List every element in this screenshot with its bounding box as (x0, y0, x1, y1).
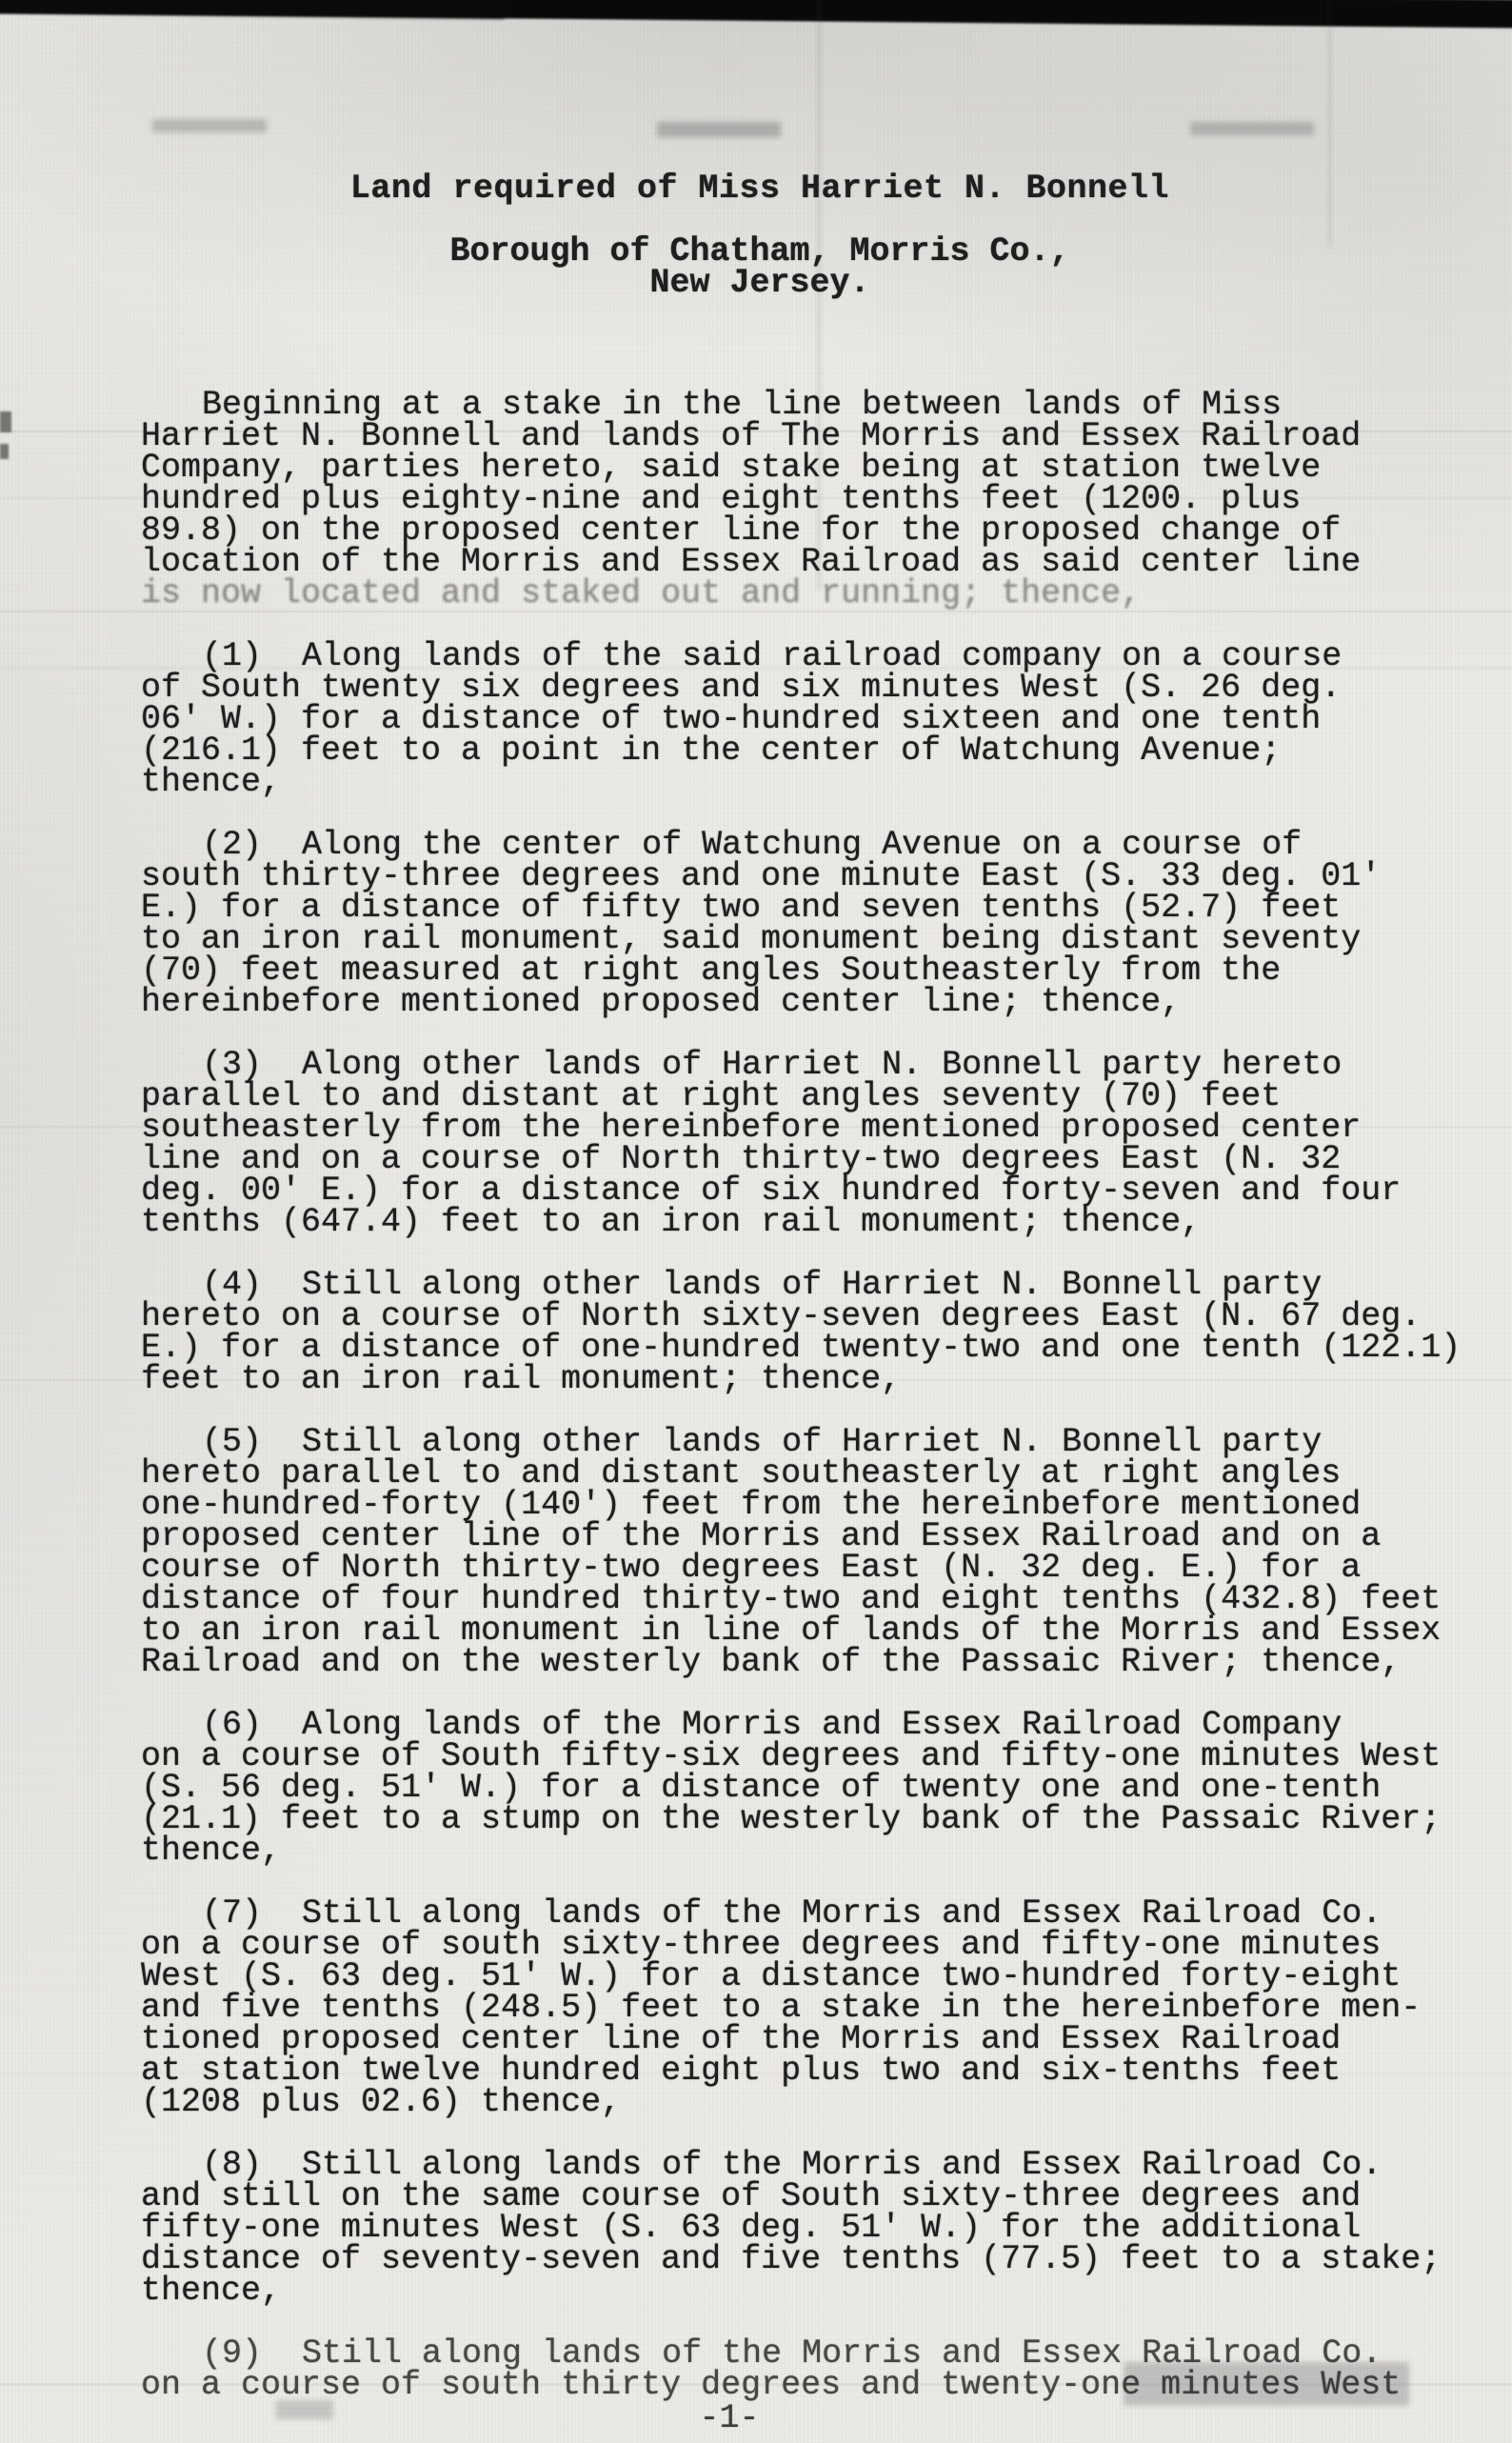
scan-edge-mark (0, 411, 11, 432)
paragraph-course-6: (6) Along lands of the Morris and Essex … (141, 1710, 1499, 1867)
paragraph-line: (21.1) feet to a stump on the westerly b… (141, 1804, 1499, 1835)
document-body: Land required of Miss Harriet N. Bonnell… (141, 173, 1499, 2434)
paragraph-line: Railroad and on the westerly bank of the… (141, 1647, 1499, 1678)
scanned-document-page: Land required of Miss Harriet N. Bonnell… (0, 0, 1512, 2443)
pencil-smudge (657, 122, 781, 137)
document-title: Land required of Miss Harriet N. Bonnell (141, 173, 1379, 205)
subtitle-state: New Jersey. (141, 268, 1379, 299)
paragraph-course-8: (8) Still along lands of the Morris and … (141, 2150, 1499, 2307)
scan-edge-mark (0, 444, 9, 459)
paragraph-course-1: (1) Along lands of the said railroad com… (141, 641, 1499, 798)
pencil-smudge (152, 119, 267, 132)
paragraph-course-5: (5) Still along other lands of Harriet N… (141, 1427, 1499, 1678)
pencil-smudge (1190, 122, 1314, 135)
paragraph-course-4: (4) Still along other lands of Harriet N… (141, 1270, 1499, 1395)
paragraph-course-7: (7) Still along lands of the Morris and … (141, 1898, 1499, 2118)
paragraph-preamble: Beginning at a stake in the line between… (141, 390, 1499, 610)
paragraph-line: is now located and staked out and runnin… (141, 578, 1499, 610)
document-subtitle: Borough of Chatham, Morris Co., New Jers… (141, 236, 1379, 299)
paragraph-line: thence, (141, 2275, 1499, 2307)
paragraph-course-3: (3) Along other lands of Harriet N. Bonn… (141, 1050, 1499, 1238)
paragraph-line: on a course of south thirty degrees and … (141, 2370, 1499, 2401)
paragraph-line: feet to an iron rail monument; thence, (141, 1364, 1499, 1395)
paragraph-line: hereinbefore mentioned proposed center l… (141, 987, 1499, 1018)
paragraph-line: thence, (141, 1835, 1499, 1867)
paragraph-line: distance of seventy-seven and five tenth… (141, 2244, 1499, 2275)
page-number: -1- (141, 2403, 1499, 2434)
paragraph-course-2: (2) Along the center of Watchung Avenue … (141, 830, 1499, 1018)
paragraph-line: thence, (141, 767, 1499, 798)
paragraph-line: (216.1) feet to a point in the center of… (141, 735, 1499, 767)
document-heading: Land required of Miss Harriet N. Bonnell… (141, 173, 1499, 299)
paragraph-course-9: (9) Still along lands of the Morris and … (141, 2338, 1499, 2401)
paragraph-line: (1208 plus 02.6) thence, (141, 2087, 1499, 2118)
paragraph-line: tenths (647.4) feet to an iron rail monu… (141, 1207, 1499, 1238)
